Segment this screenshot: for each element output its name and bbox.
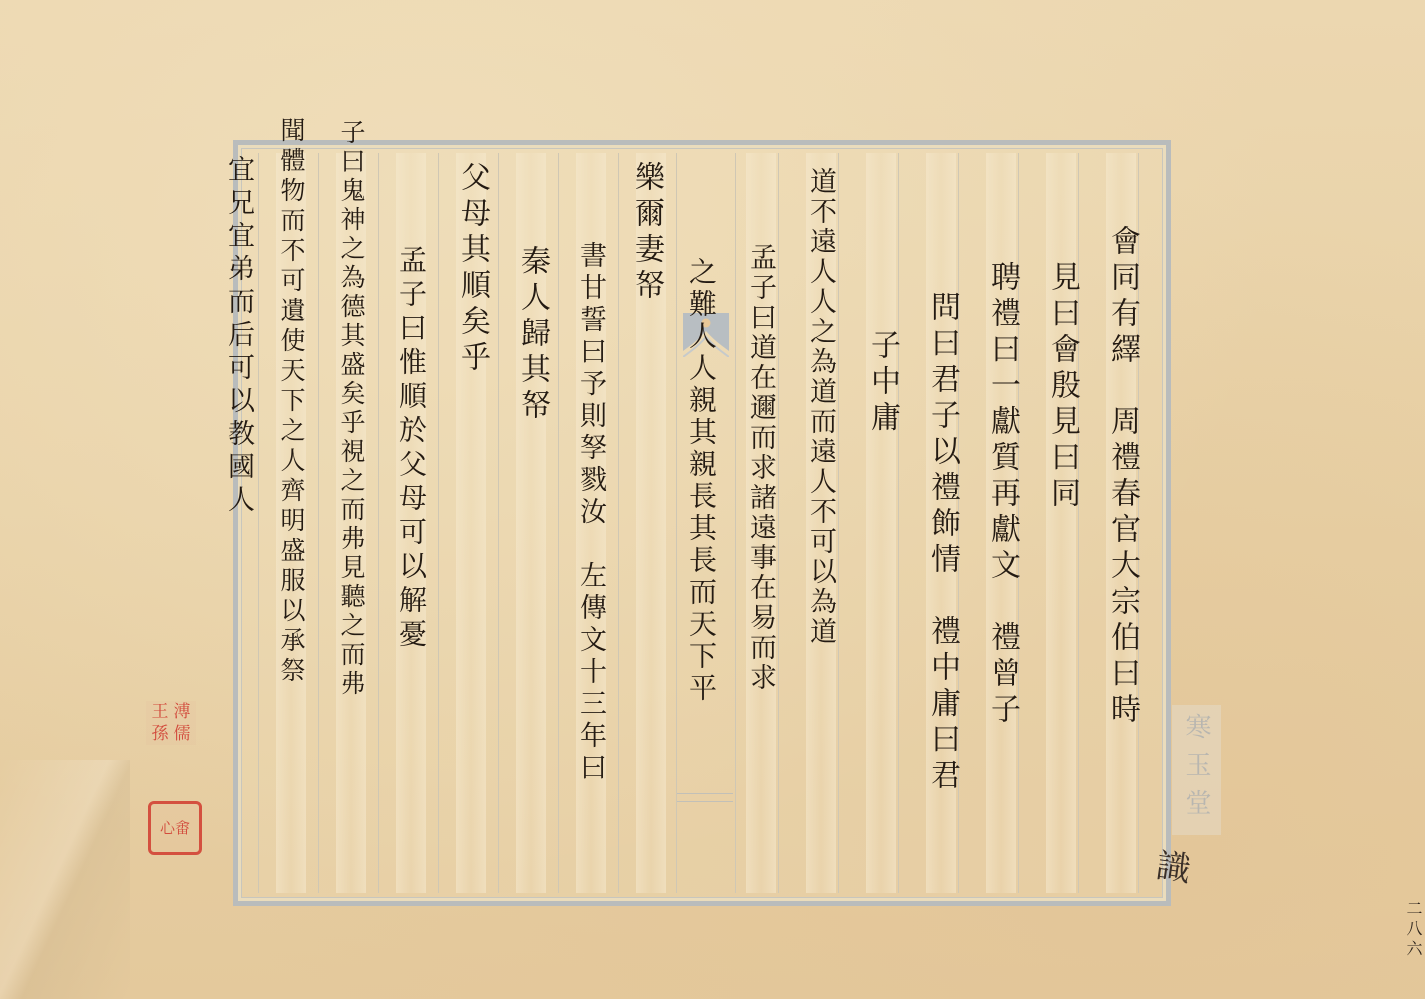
seal-char: 溥 <box>171 703 193 721</box>
text-column-3: 聘禮曰一獻質再獻文 禮曾子 <box>986 261 1018 729</box>
banxin-divider <box>677 801 733 802</box>
text-column-15: 聞體物而不可遺使天下之人齊明盛服以承祭 <box>278 117 304 687</box>
banxin-divider <box>677 793 733 794</box>
text-column-7: 孟子曰道在邇而求諸遠事在易而求 <box>746 243 775 693</box>
text-column-9: 樂爾妻帑 <box>630 161 662 305</box>
seal-char: 孫 <box>149 725 171 743</box>
column-band <box>866 153 896 893</box>
text-column-5: 子中庸 <box>866 329 898 437</box>
text-column-12: 父母其順矣乎 <box>456 161 488 377</box>
seal-char: 心 <box>160 819 175 837</box>
text-column-2: 見曰會殷見曰同 <box>1046 261 1078 513</box>
text-column-10: 書甘誓曰予則孥戮汝 左傳文十三年曰 <box>576 241 605 785</box>
seal-char: 儒 <box>171 725 193 743</box>
column-rule <box>498 153 499 893</box>
seal-char: 畬 <box>175 819 190 837</box>
text-column-13: 孟子曰惟順於父母可以解憂 <box>396 245 426 653</box>
column-rule <box>898 153 899 893</box>
page-number: 二八六 <box>1402 900 1425 960</box>
column-rule <box>558 153 559 893</box>
seal-lower: 心 畬 <box>148 801 202 855</box>
text-column-4: 問曰君子以禮飾情 禮中庸曰君 <box>926 291 958 795</box>
text-column-1: 會同有繹 周禮春官大宗伯曰時 <box>1106 225 1138 729</box>
seal-char: 王 <box>149 703 171 721</box>
column-rule <box>378 153 379 893</box>
paper-fold-crease <box>0 760 130 999</box>
column-rule <box>778 153 779 893</box>
column-rule <box>838 153 839 893</box>
text-column-6: 道不遠人人之為道而遠人不可以為道 <box>806 167 835 647</box>
seal-upper: 王 溥 孫 儒 <box>146 701 196 745</box>
text-column-16: 宜兄宜弟而后可以教國人 <box>224 155 252 518</box>
studio-watermark: 寒玉堂 <box>1172 705 1221 835</box>
ruled-writing-panel: 會同有繹 周禮春官大宗伯曰時 見曰會殷見曰同 聘禮曰一獻質再獻文 禮曾子 問曰君… <box>233 140 1171 906</box>
text-column-8: 之難人人親其親長其長而天下平 <box>686 257 716 705</box>
column-rule <box>318 153 319 893</box>
column-rule <box>438 153 439 893</box>
column-rule <box>618 153 619 893</box>
signature-character: 識 <box>1154 838 1194 891</box>
text-column-14: 子曰鬼神之為德其盛矣乎視之而弗見聽之而弗 <box>338 119 364 699</box>
calligraphy-page: 會同有繹 周禮春官大宗伯曰時 見曰會殷見曰同 聘禮曰一獻質再獻文 禮曾子 問曰君… <box>0 0 1425 999</box>
column-rule <box>258 153 259 893</box>
text-column-11: 秦人歸其帑 <box>516 245 548 425</box>
